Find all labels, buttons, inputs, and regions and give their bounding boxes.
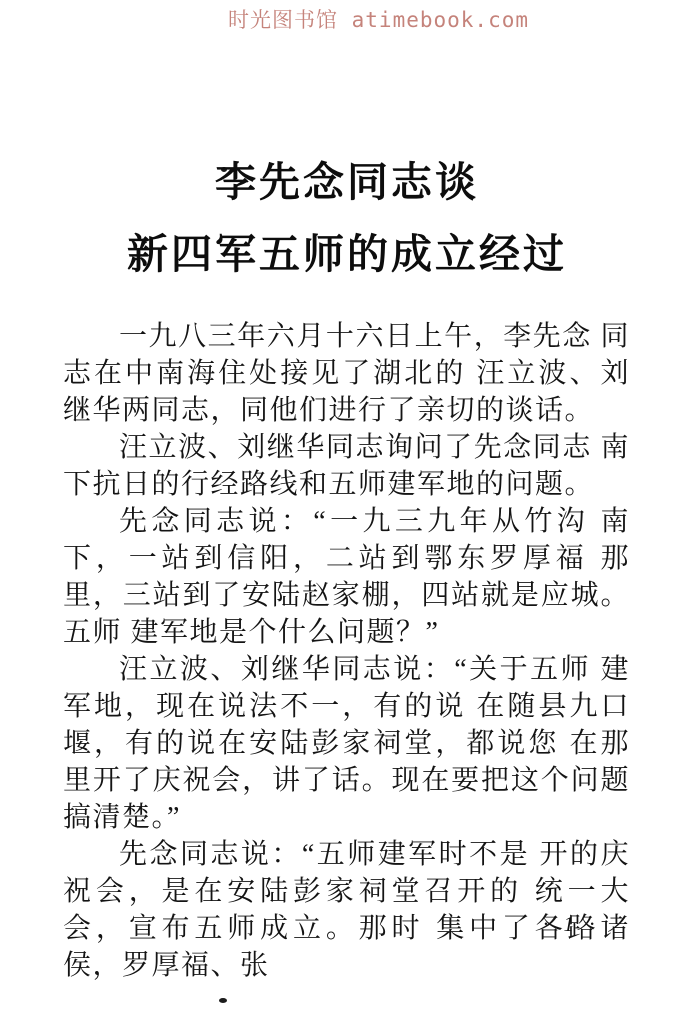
paragraph: 汪立波、刘继华同志询问了先念同志 南下抗日的行经路线和五师建军地的问题。 [63, 429, 630, 503]
scan-speck [219, 998, 227, 1003]
title-line-2: 新四军五师的成立经过 [0, 218, 694, 290]
scanned-book-page: 时光图书馆 atimebook.com 李先念同志谈 新四军五师的成立经过 一九… [0, 0, 694, 1024]
body-text: 一九八三年六月十六日上午，李先念 同志在中南海住处接见了湖北的 汪立波、刘继华两… [63, 318, 630, 984]
page-number: · 1 · [543, 912, 600, 937]
article-title: 李先念同志谈 新四军五师的成立经过 [0, 146, 694, 290]
paragraph: 汪立波、刘继华同志说：“关于五师 建军地，现在说法不一，有的说 在随县九口堰，有… [63, 651, 630, 836]
title-line-1: 李先念同志谈 [0, 146, 694, 218]
watermark-text: 时光图书馆 atimebook.com [228, 4, 529, 34]
paragraph: 先念同志说：“一九三九年从竹沟 南下，一站到信阳，二站到鄂东罗厚福 那里，三站到… [63, 503, 630, 651]
paragraph: 先念同志说：“五师建军时不是 开的庆祝会，是在安陆彭家祠堂召开的 统一大会，宣布… [63, 836, 630, 984]
paragraph: 一九八三年六月十六日上午，李先念 同志在中南海住处接见了湖北的 汪立波、刘继华两… [63, 318, 630, 429]
